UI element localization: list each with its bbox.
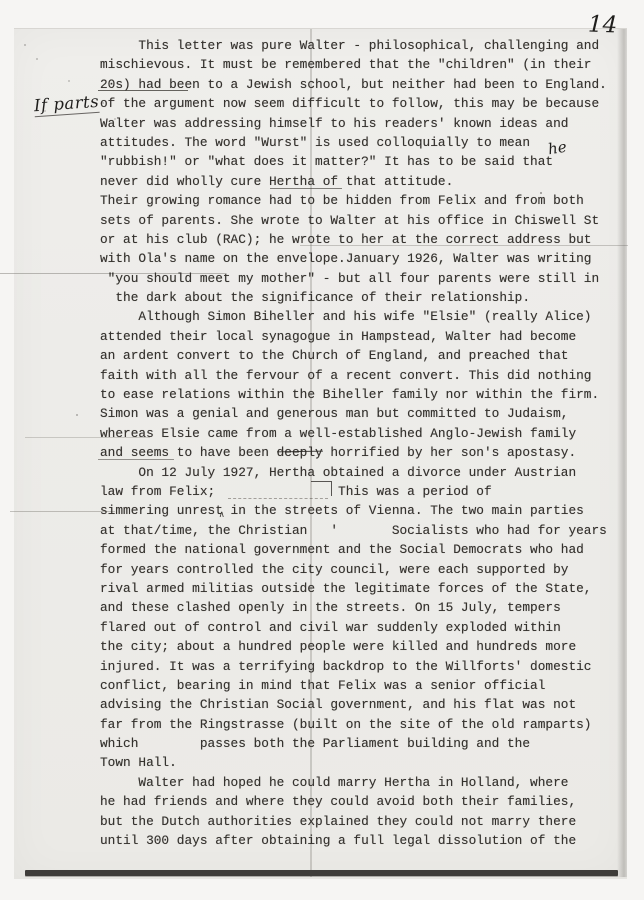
typed-line: formed the national government and the S…	[0, 540, 644, 559]
typed-line: mischievous. It must be remembered that …	[0, 55, 644, 74]
typed-line: at that/time, the Christian ' Socialists…	[0, 521, 644, 540]
typed-line: simmering unrest in the streets of Vienn…	[0, 501, 644, 520]
typed-line: with Ola's name on the envelope.January …	[0, 249, 644, 268]
handwritten-page-number: 14	[588, 11, 618, 38]
typed-line: Walter had hoped he could marry Hertha i…	[0, 773, 644, 792]
handwritten-inserted-word: he	[547, 138, 568, 159]
underline-mark-hertha-of	[270, 188, 342, 189]
typed-line: he had friends and where they could avoi…	[0, 792, 644, 811]
typed-line: but the Dutch authorities explained they…	[0, 812, 644, 831]
typed-line: rival armed militias outside the legitim…	[0, 579, 644, 598]
typed-line: faith with all the fervour of a recent c…	[0, 366, 644, 385]
typed-line: which passes both the Parliament buildin…	[0, 734, 644, 753]
typed-line: "you should meet my mother" - but all fo…	[0, 269, 644, 288]
typed-line: On 12 July 1927, Hertha obtained a divor…	[0, 463, 644, 482]
typed-text-block: This letter was pure Walter - philosophi…	[0, 36, 644, 850]
typed-line: advising the Christian Social government…	[0, 695, 644, 714]
typed-line: Their growing romance had to be hidden f…	[0, 191, 644, 210]
typed-line: the dark about the significance of their…	[0, 288, 644, 307]
typed-line: or at his club (RAC); he wrote to her at…	[0, 230, 644, 249]
blank-gap-underscore-mark	[228, 498, 328, 499]
typed-line: to ease relations within the Biheller fa…	[0, 385, 644, 404]
typed-line: an ardent convert to the Church of Engla…	[0, 346, 644, 365]
typed-line: and seems to have been deeply horrified …	[0, 443, 644, 462]
insertion-caret-mark: ∧	[219, 510, 224, 520]
typed-line: Walter was addressing himself to his rea…	[0, 114, 644, 133]
typed-line: whereas Elsie came from a well-establish…	[0, 424, 644, 443]
typed-line: Town Hall.	[0, 753, 644, 772]
underline-mark-20s	[98, 90, 188, 91]
typed-line: conflict, bearing in mind that Felix was…	[0, 676, 644, 695]
typed-line: flared out of control and civil war sudd…	[0, 618, 644, 637]
typed-line: and these clashed openly in the streets.…	[0, 598, 644, 617]
corner-bracket-mark	[311, 481, 332, 496]
typed-line: until 300 days after obtaining a full le…	[0, 831, 644, 850]
typed-line: the city; about a hundred people were ki…	[0, 637, 644, 656]
typed-line: attended their local synagogue in Hampst…	[0, 327, 644, 346]
underline-mark-and-seems	[98, 459, 174, 460]
typed-line: "rubbish!" or "what does it matter?" It …	[0, 152, 644, 171]
typed-line: for years controlled the city council, w…	[0, 560, 644, 579]
typed-line: This letter was pure Walter - philosophi…	[0, 36, 644, 55]
typed-line: Simon was a genial and generous man but …	[0, 404, 644, 423]
typed-line: sets of parents. She wrote to Walter at …	[0, 211, 644, 230]
typed-line: injured. It was a terrifying backdrop to…	[0, 657, 644, 676]
typed-line: far from the Ringstrasse (built on the s…	[0, 715, 644, 734]
photocopy-bottom-edge	[25, 870, 618, 876]
page-right-edge-shadow	[617, 29, 627, 877]
typed-line: Although Simon Biheller and his wife "El…	[0, 307, 644, 326]
scanned-page: This letter was pure Walter - philosophi…	[0, 0, 644, 900]
